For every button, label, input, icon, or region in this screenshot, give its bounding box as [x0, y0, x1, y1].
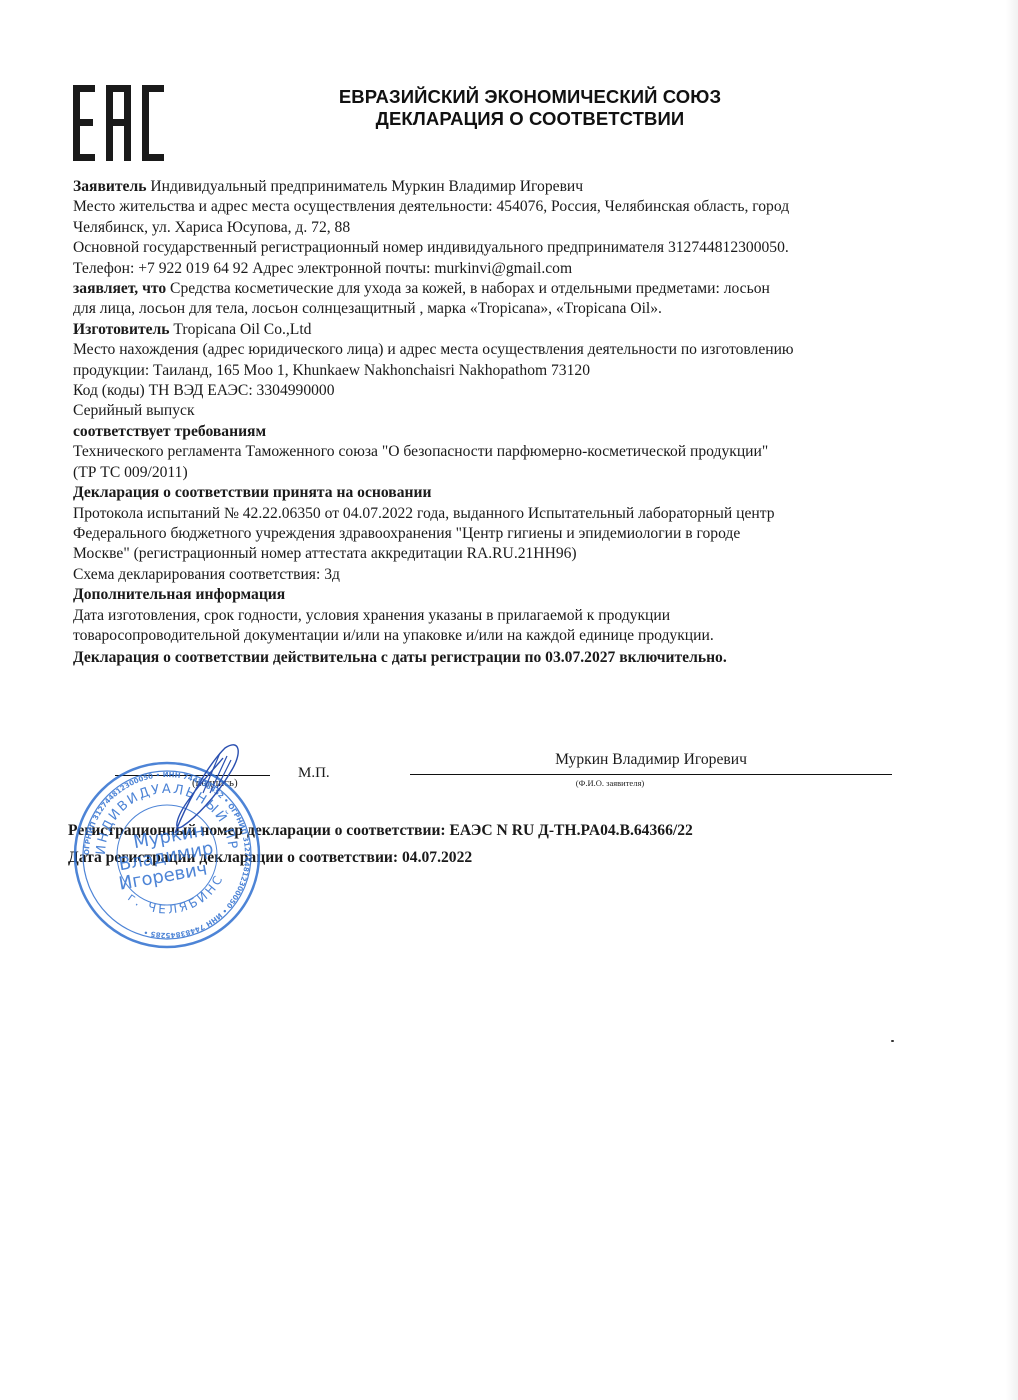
compliance-label: соответствует требованиям: [73, 422, 893, 442]
manufacturer-value: Tropicana Oil Co.,Ltd: [170, 321, 312, 338]
declaration-body: Заявитель Индивидуальный предприниматель…: [73, 177, 893, 646]
applicant-address-2: Челябинск, ул. Хариса Юсупова, д. 72, 88: [73, 218, 893, 238]
document-header: ЕВРАЗИЙСКИЙ ЭКОНОМИЧЕСКИЙ СОЮЗ ДЕКЛАРАЦИ…: [300, 86, 760, 130]
validity-statement: Декларация о соответствии действительна …: [73, 649, 727, 667]
applicant-label: Заявитель: [73, 178, 146, 195]
basis-line-2: Федерального бюджетного учреждения здрав…: [73, 524, 893, 544]
eac-mark-icon: [73, 85, 165, 161]
additional-line-1: Дата изготовления, срок годности, услови…: [73, 606, 893, 626]
manufacturer-address-2: продукции: Таиланд, 165 Moo 1, Khunkaew …: [73, 361, 893, 381]
basis-line-3: Москве" (регистрационный номер аттестата…: [73, 544, 893, 564]
handwritten-signature-icon: [165, 738, 245, 838]
compliance-line-1: Технического регламента Таможенного союз…: [73, 442, 893, 462]
declaration-scheme: Схема декларирования соответствия: 3д: [73, 565, 893, 585]
applicant-address-1: Место жительства и адрес места осуществл…: [73, 197, 893, 217]
basis-label: Декларация о соответствии принята на осн…: [73, 483, 893, 503]
applicant-ogrnip: Основной государственный регистрационный…: [73, 238, 893, 258]
production-type: Серийный выпуск: [73, 401, 893, 421]
compliance-line-2: (ТР ТС 009/2011): [73, 463, 893, 483]
manufacturer-line: Изготовитель Tropicana Oil Co.,Ltd: [73, 320, 893, 340]
additional-label: Дополнительная информация: [73, 585, 893, 605]
union-title: ЕВРАЗИЙСКИЙ ЭКОНОМИЧЕСКИЙ СОЮЗ: [300, 86, 760, 108]
manufacturer-label: Изготовитель: [73, 321, 170, 338]
seal-place-label: М.П.: [298, 765, 330, 782]
manufacturer-address-1: Место нахождения (адрес юридического лиц…: [73, 340, 893, 360]
declares-line: заявляет, что Средства косметические для…: [73, 279, 893, 299]
document-title: ДЕКЛАРАЦИЯ О СООТВЕТСТВИИ: [300, 108, 760, 130]
declares-label: заявляет, что: [73, 280, 166, 297]
applicant-contacts: Телефон: +7 922 019 64 92 Адрес электрон…: [73, 259, 893, 279]
name-line: [410, 774, 892, 775]
basis-line-1: Протокола испытаний № 42.22.06350 от 04.…: [73, 504, 893, 524]
declares-value: Средства косметические для ухода за коже…: [166, 280, 770, 297]
additional-line-2: товаросопроводительной документации и/ил…: [73, 626, 893, 646]
tn-ved-code: Код (коды) ТН ВЭД ЕАЭС: 3304990000: [73, 381, 893, 401]
applicant-name: Муркин Владимир Игоревич: [410, 751, 892, 769]
scan-edge-shadow: [1006, 0, 1018, 1400]
applicant-value: Индивидуальный предприниматель Муркин Вл…: [146, 178, 583, 195]
applicant-line: Заявитель Индивидуальный предприниматель…: [73, 177, 893, 197]
declares-line-2: для лица, лосьон для тела, лосьон солнце…: [73, 299, 893, 319]
name-caption: (Ф.И.О. заявителя): [410, 778, 810, 788]
scan-speck: [891, 1040, 894, 1042]
